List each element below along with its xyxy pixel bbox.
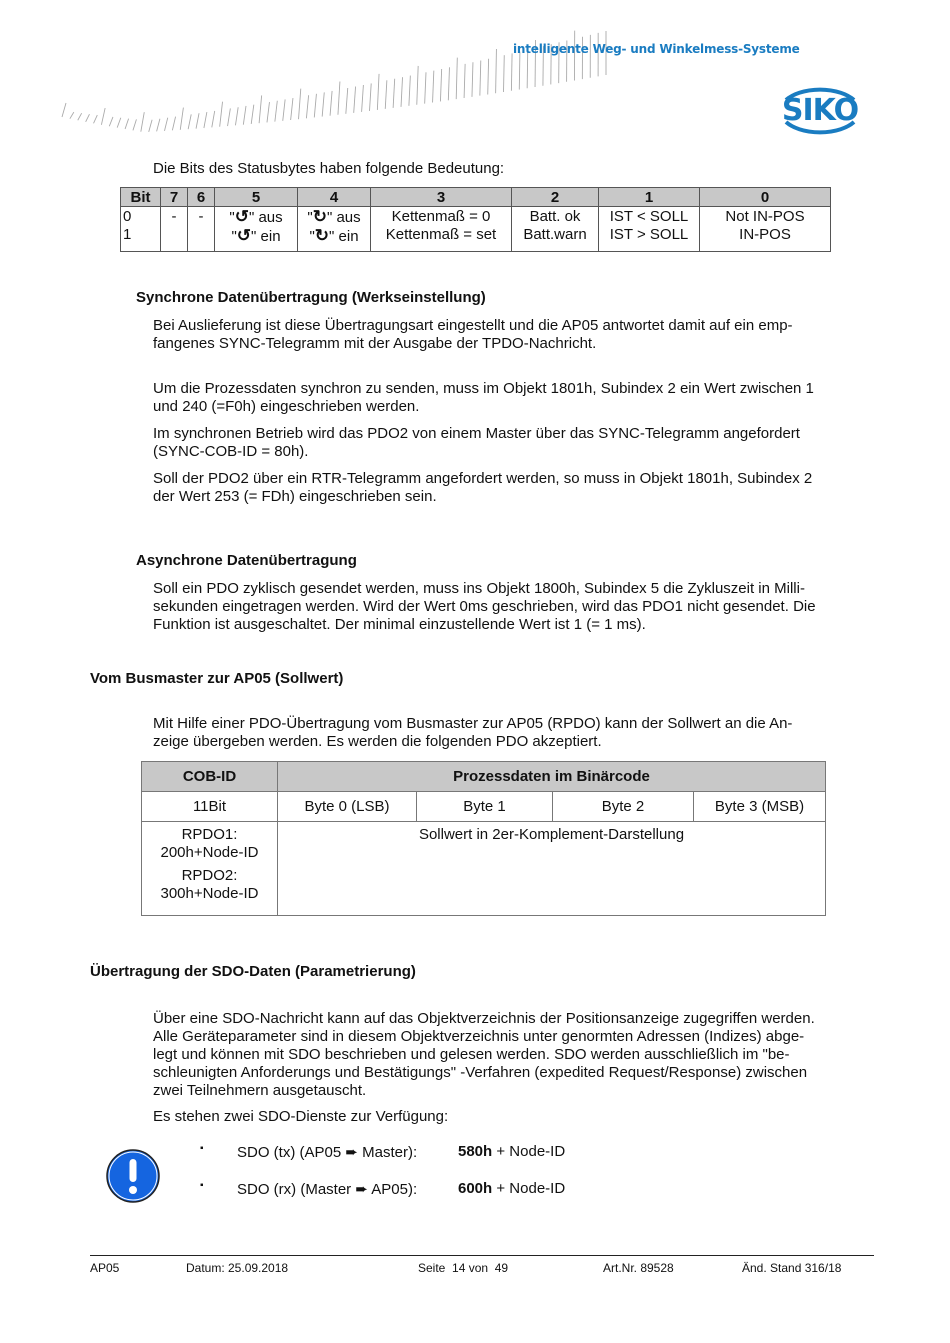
bit0-line2: IN-POS: [702, 226, 828, 244]
header-4: 4: [298, 188, 371, 207]
rpdo-ids-cell: RPDO1: 200h+Node-ID RPDO2: 300h+Node-ID: [142, 822, 278, 916]
text-line: (SYNC-COB-ID = 80h).: [153, 443, 865, 461]
rpdo-table: COB-ID Prozessdaten im Binärcode 11Bit B…: [141, 761, 826, 916]
sdo-rx-value: 600h + Node-ID: [458, 1180, 565, 1197]
sdo-paragraph: Über eine SDO-Nachricht kann auf das Obj…: [153, 1010, 873, 1100]
text-line: Soll der PDO2 über ein RTR-Telegramm ang…: [153, 470, 865, 488]
async-paragraph: Soll ein PDO zyklisch gesendet werden, m…: [153, 580, 865, 634]
rotate-cw-icon: ↻: [315, 227, 329, 245]
header-3: 3: [371, 188, 512, 207]
text-line: Im synchronen Betrieb wird das PDO2 von …: [153, 425, 865, 443]
sub-byte2: Byte 2: [553, 792, 694, 822]
table-row: RPDO1: 200h+Node-ID RPDO2: 300h+Node-ID …: [142, 822, 826, 916]
bit-value-1: 1: [123, 226, 158, 244]
rotate-cw-icon: ↻: [313, 208, 327, 226]
label-part: AP05):: [368, 1181, 417, 1198]
bit1-line2: IST > SOLL: [601, 226, 697, 244]
sync-paragraph-4: Soll der PDO2 über ein RTR-Telegramm ang…: [153, 470, 865, 506]
bit5-line1: aus: [258, 209, 282, 226]
bit0-cell: Not IN-POS IN-POS: [700, 207, 831, 252]
label-part: SDO (rx) (Master: [237, 1181, 355, 1198]
text-line: Funktion ist ausgeschaltet. Der minimal …: [153, 616, 865, 634]
text-line: Über eine SDO-Nachricht kann auf das Obj…: [153, 1010, 873, 1028]
rpdo2-label: RPDO2:: [143, 867, 276, 885]
sub-byte3: Byte 3 (MSB): [694, 792, 826, 822]
footer-page: Seite 14 von 49: [418, 1261, 508, 1275]
sdo-tx-value: 580h + Node-ID: [458, 1143, 565, 1160]
text-line: sekunden eingetragen werden. Wird der We…: [153, 598, 865, 616]
footer-product: AP05: [90, 1261, 119, 1275]
footer-divider: [90, 1255, 874, 1256]
header-7: 7: [161, 188, 188, 207]
rpdo1-label: RPDO1:: [143, 826, 276, 844]
header-6: 6: [188, 188, 215, 207]
rpdo2-id: 300h+Node-ID: [143, 885, 276, 903]
bit7-cell: -: [161, 207, 188, 252]
bit5-cell: "↺" aus "↺" ein: [215, 207, 298, 252]
bit2-line2: Batt.warn: [514, 226, 596, 244]
sdo-services-intro: Es stehen zwei SDO-Dienste zur Verfügung…: [153, 1108, 448, 1126]
header-2: 2: [512, 188, 599, 207]
sync-paragraph-1: Bei Auslieferung ist diese Übertragungsa…: [153, 317, 865, 353]
bit3-cell: Kettenmaß = 0 Kettenmaß = set: [371, 207, 512, 252]
arrow-right-icon: ➨: [345, 1144, 358, 1161]
header-1: 1: [599, 188, 700, 207]
rpdo1-id: 200h+Node-ID: [143, 844, 276, 862]
bit3-line2: Kettenmaß = set: [373, 226, 509, 244]
value-bold: 580h: [458, 1143, 492, 1160]
logo-text: SIKO: [778, 82, 862, 140]
text-line: Soll ein PDO zyklisch gesendet werden, m…: [153, 580, 865, 598]
arrow-right-icon: ➨: [355, 1181, 368, 1198]
table-row: 0 1 - - "↺" aus "↺" ein "↻" aus "↻" ein …: [121, 207, 831, 252]
bit4-cell: "↻" aus "↻" ein: [298, 207, 371, 252]
sdo-tx-label: SDO (tx) (AP05 ➨ Master):: [237, 1143, 417, 1161]
heading-sync: Synchrone Datenübertragung (Werkseinstel…: [136, 289, 486, 306]
bit3-line1: Kettenmaß = 0: [373, 208, 509, 226]
footer-art-nr: Art.Nr. 89528: [603, 1261, 674, 1275]
bit2-line1: Batt. ok: [514, 208, 596, 226]
sync-paragraph-3: Im synchronen Betrieb wird das PDO2 von …: [153, 425, 865, 461]
text-line: zeige übergeben werden. Es werden die fo…: [153, 733, 865, 751]
text-line: zwei Teilnehmern ausgetauscht.: [153, 1082, 873, 1100]
text-line: schleunigten Anforderungs und Bestätigun…: [153, 1064, 873, 1082]
intro-text: Die Bits des Statusbytes haben folgende …: [153, 160, 504, 178]
sub-11bit: 11Bit: [142, 792, 278, 822]
heading-sdo: Übertragung der SDO-Daten (Parametrierun…: [90, 963, 416, 980]
value-bold: 600h: [458, 1180, 492, 1197]
bullet-icon: ▪: [200, 1143, 204, 1154]
busmaster-paragraph: Mit Hilfe einer PDO-Übertragung vom Busm…: [153, 715, 865, 751]
value-rest: + Node-ID: [492, 1143, 565, 1160]
header-0: 0: [700, 188, 831, 207]
footer-revision: Änd. Stand 316/18: [742, 1261, 841, 1275]
status-bits-table: Bit 7 6 5 4 3 2 1 0 0 1 - - "↺" aus "↺" …: [120, 187, 831, 252]
bit4-line1: aus: [336, 209, 360, 226]
label-part: SDO (tx) (AP05: [237, 1144, 345, 1161]
text-line: Alle Geräteparameter sind in diesem Obje…: [153, 1028, 873, 1046]
value-rest: + Node-ID: [492, 1180, 565, 1197]
table-subheader-row: 11Bit Byte 0 (LSB) Byte 1 Byte 2 Byte 3 …: [142, 792, 826, 822]
siko-logo: SIKO: [778, 82, 862, 140]
sub-byte0: Byte 0 (LSB): [278, 792, 417, 822]
footer-date: Datum: 25.09.2018: [186, 1261, 288, 1275]
bit0-line1: Not IN-POS: [702, 208, 828, 226]
sync-paragraph-2: Um die Prozessdaten synchron zu senden, …: [153, 380, 865, 416]
bit-value-0: 0: [123, 208, 158, 226]
text-line: Bei Auslieferung ist diese Übertragungsa…: [153, 317, 865, 335]
bit5-line2: ein: [261, 228, 281, 245]
company-tagline: intelligente Weg- und Winkelmess-Systeme: [513, 42, 800, 56]
bit1-cell: IST < SOLL IST > SOLL: [599, 207, 700, 252]
label-part: Master):: [358, 1144, 417, 1161]
text-line: und 240 (=F0h) eingeschrieben werden.: [153, 398, 865, 416]
bit-values-cell: 0 1: [121, 207, 161, 252]
text-line: legt und können mit SDO beschrieben und …: [153, 1046, 873, 1064]
header-bit: Bit: [121, 188, 161, 207]
bit2-cell: Batt. ok Batt.warn: [512, 207, 599, 252]
text-line: Mit Hilfe einer PDO-Übertragung vom Busm…: [153, 715, 865, 733]
header-process-data: Prozessdaten im Binärcode: [278, 762, 826, 792]
sdo-rx-label: SDO (rx) (Master ➨ AP05):: [237, 1180, 417, 1198]
text-line: fangenes SYNC-Telegramm mit der Ausgabe …: [153, 335, 865, 353]
setpoint-data-cell: Sollwert in 2er-Komplement-Darstellung: [278, 822, 826, 916]
bit4-line2: ein: [339, 228, 359, 245]
bit1-line1: IST < SOLL: [601, 208, 697, 226]
rotate-ccw-icon: ↺: [235, 208, 249, 226]
bullet-icon: ▪: [200, 1180, 204, 1191]
text-line: Um die Prozessdaten synchron zu senden, …: [153, 380, 865, 398]
header-cob-id: COB-ID: [142, 762, 278, 792]
exclamation-info-icon: [105, 1148, 161, 1204]
sub-byte1: Byte 1: [417, 792, 553, 822]
header-5: 5: [215, 188, 298, 207]
bit6-cell: -: [188, 207, 215, 252]
rotate-ccw-icon: ↺: [237, 227, 251, 245]
text-line: der Wert 253 (= FDh) eingeschrieben sein…: [153, 488, 865, 506]
heading-async: Asynchrone Datenübertragung: [136, 552, 357, 569]
heading-busmaster: Vom Busmaster zur AP05 (Sollwert): [90, 670, 343, 687]
table-header-row: COB-ID Prozessdaten im Binärcode: [142, 762, 826, 792]
table-header-row: Bit 7 6 5 4 3 2 1 0: [121, 188, 831, 207]
